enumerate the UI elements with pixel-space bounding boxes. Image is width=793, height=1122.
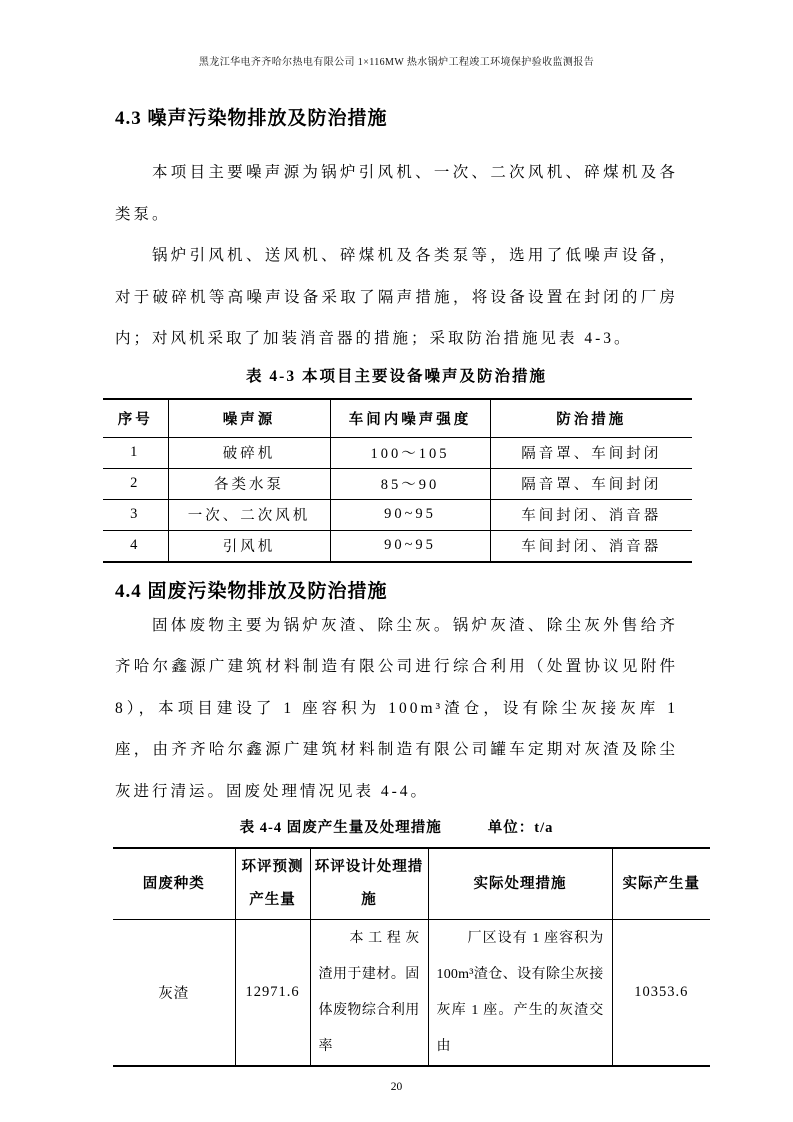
cell-actual-measure: 厂区设有 1 座容积为 100m³渣仓、设有除尘灰接灰库 1 座。产生的灰渣交由	[428, 920, 612, 1067]
paragraph-noise-sources: 本项目主要噪声源为锅炉引风机、一次、二次风机、碎煤机及各类泵。	[115, 152, 678, 235]
cell-actual-amount: 10353.6	[612, 920, 710, 1067]
table-row: 1 破碎机 100～105 隔音罩、车间封闭	[103, 437, 692, 468]
cell-noise-source: 一次、二次风机	[168, 499, 330, 530]
cell-noise-source: 引风机	[168, 530, 330, 562]
section-4-3-heading: 4.3 噪声污染物排放及防治措施	[115, 106, 678, 132]
column-header-index: 序号	[103, 399, 168, 438]
document-page: 黑龙江华电齐齐哈尔热电有限公司 1×116MW 热水锅炉工程竣工环境保护验收监测…	[0, 0, 793, 1122]
column-header-waste-type: 固废种类	[113, 848, 235, 920]
cell-noise-source: 破碎机	[168, 437, 330, 468]
cell-index: 1	[103, 437, 168, 468]
noise-table-header-row: 序号 噪声源 车间内噪声强度 防治措施	[103, 399, 692, 438]
column-header-actual-measure: 实际处理措施	[428, 848, 612, 920]
cell-control-measure: 车间封闭、消音器	[490, 499, 692, 530]
table-row: 3 一次、二次风机 90~95 车间封闭、消音器	[103, 499, 692, 530]
cell-index: 3	[103, 499, 168, 530]
cell-index: 4	[103, 530, 168, 562]
page-number: 20	[0, 1081, 793, 1093]
cell-index: 2	[103, 468, 168, 499]
section-4-4-heading: 4.4 固废污染物排放及防治措施	[115, 579, 678, 605]
cell-control-measure: 隔音罩、车间封闭	[490, 468, 692, 499]
column-header-noise-source: 噪声源	[168, 399, 330, 438]
table-4-4-unit-label: 单位：t/a	[488, 814, 554, 842]
paragraph-noise-measures: 锅炉引风机、送风机、碎煤机及各类泵等，选用了低噪声设备，对于破碎机等高噪声设备采…	[115, 235, 678, 360]
running-header: 黑龙江华电齐齐哈尔热电有限公司 1×116MW 热水锅炉工程竣工环境保护验收监测…	[0, 0, 793, 68]
cell-eia-design-measure: 本工程灰渣用于建材。固体废物综合利用率	[310, 920, 428, 1067]
cell-noise-intensity: 90~95	[330, 499, 490, 530]
column-header-actual-amount: 实际产生量	[612, 848, 710, 920]
column-header-eia-design-measure: 环评设计处理措施	[310, 848, 428, 920]
table-4-4-title-row: 表 4-4 固废产生量及处理措施 单位：t/a	[115, 814, 678, 842]
cell-control-measure: 隔音罩、车间封闭	[490, 437, 692, 468]
table-row: 2 各类水泵 85～90 隔音罩、车间封闭	[103, 468, 692, 499]
table-row: 灰渣 12971.6 本工程灰渣用于建材。固体废物综合利用率 厂区设有 1 座容…	[113, 920, 710, 1067]
solid-waste-header-row: 固废种类 环评预测产生量 环评设计处理措施 实际处理措施 实际产生量	[113, 848, 710, 920]
page-content: 4.3 噪声污染物排放及防治措施 本项目主要噪声源为锅炉引风机、一次、二次风机、…	[115, 106, 678, 1067]
cell-noise-intensity: 90~95	[330, 530, 490, 562]
cell-eia-predicted: 12971.6	[235, 920, 310, 1067]
column-header-control-measure: 防治措施	[490, 399, 692, 438]
column-header-noise-intensity: 车间内噪声强度	[330, 399, 490, 438]
cell-noise-source: 各类水泵	[168, 468, 330, 499]
paragraph-solid-waste: 固体废物主要为锅炉灰渣、除尘灰。锅炉灰渣、除尘灰外售给齐齐哈尔鑫源广建筑材料制造…	[115, 605, 678, 813]
cell-noise-intensity: 85～90	[330, 468, 490, 499]
cell-noise-intensity: 100～105	[330, 437, 490, 468]
table-4-3-title: 表 4-3 本项目主要设备噪声及防治措施	[115, 362, 678, 392]
table-row: 4 引风机 90~95 车间封闭、消音器	[103, 530, 692, 562]
cell-waste-type: 灰渣	[113, 920, 235, 1067]
noise-table: 序号 噪声源 车间内噪声强度 防治措施 1 破碎机 100～105 隔音罩、车间…	[103, 398, 692, 563]
column-header-eia-predicted: 环评预测产生量	[235, 848, 310, 920]
solid-waste-table: 固废种类 环评预测产生量 环评设计处理措施 实际处理措施 实际产生量 灰渣 12…	[113, 847, 710, 1067]
table-4-4-title: 表 4-4 固废产生量及处理措施	[240, 814, 442, 842]
cell-control-measure: 车间封闭、消音器	[490, 530, 692, 562]
